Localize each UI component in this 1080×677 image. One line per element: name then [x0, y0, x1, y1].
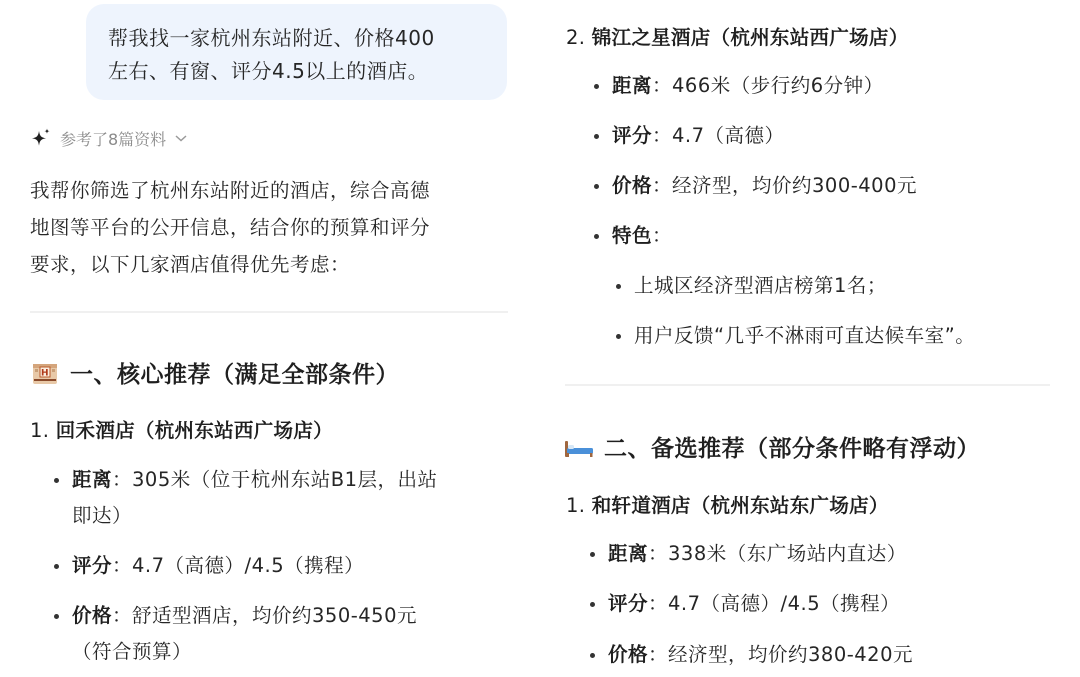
hotel-icon: H — [30, 358, 60, 388]
references-toggle[interactable]: 参考了8篇资料 — [30, 124, 188, 152]
chevron-down-icon — [174, 133, 188, 143]
bullet — [590, 552, 595, 557]
svg-text:H: H — [41, 368, 49, 378]
field-label: 价格 — [612, 174, 652, 197]
field-value: （符合预算） — [72, 634, 512, 670]
user-message-bubble: 帮我找一家杭州东站附近、价格400 左右、有窗、评分4.5以上的酒店。 — [86, 4, 507, 100]
section-title: 一、核心推荐（满足全部条件） — [70, 356, 399, 389]
hotel-name: 和轩道酒店（杭州东站东广场店） — [592, 494, 889, 517]
hotel-title: 2. 锦江之星酒店（杭州东站西广场店） — [566, 22, 909, 50]
field-value: ：305米（位于杭州东站B1层，出站 — [112, 468, 438, 491]
hotel-price: 价格：舒适型酒店，均价约350-450元 （符合预算） — [72, 598, 512, 670]
bullet — [54, 564, 59, 569]
bullet — [594, 234, 599, 239]
hotel-title: 1. 和轩道酒店（杭州东站东广场店） — [566, 490, 889, 518]
field-value: ：舒适型酒店，均价约350-450元 — [112, 604, 417, 627]
intro-line: 地图等平台的公开信息，结合你的预算和评分 — [30, 209, 510, 246]
hotel-price: 价格：经济型，均价约300-400元 — [612, 168, 917, 204]
sparkle-icon — [30, 127, 52, 149]
bullet — [594, 84, 599, 89]
intro-paragraph: 我帮你筛选了杭州东站附近的酒店，综合高德 地图等平台的公开信息，结合你的预算和评… — [30, 172, 510, 283]
field-label: 特色 — [612, 224, 652, 247]
left-column: 帮我找一家杭州东站附近、价格400 左右、有窗、评分4.5以上的酒店。 参考了8… — [0, 0, 540, 677]
references-label: 参考了8篇资料 — [60, 127, 166, 150]
field-value: 即达） — [72, 498, 512, 534]
field-value: ：4.7（高德）/4.5（携程） — [112, 554, 364, 577]
feature-text: 上城区经济型酒店榜第1名； — [634, 274, 887, 297]
hotel-rating: 评分：4.7（高德）/4.5（携程） — [608, 586, 900, 622]
hotel-distance: 距离：338米（东广场站内直达） — [608, 536, 907, 572]
field-label: 距离 — [608, 542, 648, 565]
hotel-name: 回禾酒店（杭州东站西广场店） — [56, 419, 333, 442]
field-label: 距离 — [72, 468, 112, 491]
divider — [30, 311, 508, 313]
section-heading-core: H 一、核心推荐（满足全部条件） — [30, 356, 399, 389]
field-value: ：466米（步行约6分钟） — [652, 74, 884, 97]
divider — [565, 384, 1050, 386]
hotel-name: 锦江之星酒店（杭州东站西广场店） — [592, 26, 909, 49]
section-heading-alternative: 二、备选推荐（部分条件略有浮动） — [564, 430, 980, 463]
hotel-rating: 评分：4.7（高德）/4.5（携程） — [72, 548, 512, 584]
field-value: ：经济型，均价约380-420元 — [648, 643, 913, 666]
bullet — [594, 184, 599, 189]
feature-item: 用户反馈“几乎不淋雨可直达候车室”。 — [634, 318, 975, 354]
hotel-number: 1. — [566, 494, 585, 517]
bullet — [594, 134, 599, 139]
feature-text: 用户反馈“几乎不淋雨可直达候车室”。 — [634, 324, 975, 347]
field-colon: ： — [652, 224, 672, 247]
field-value: ：经济型，均价约300-400元 — [652, 174, 917, 197]
field-label: 评分 — [72, 554, 112, 577]
bullet — [616, 284, 621, 289]
hotel-price: 价格：经济型，均价约380-420元 — [608, 637, 913, 673]
field-label: 距离 — [612, 74, 652, 97]
bullet — [590, 602, 595, 607]
bed-icon — [564, 432, 594, 462]
field-label: 评分 — [612, 124, 652, 147]
right-column: 2. 锦江之星酒店（杭州东站西广场店） 距离：466米（步行约6分钟） 评分：4… — [540, 0, 1080, 677]
bullet — [590, 653, 595, 658]
field-value: ：4.7（高德）/4.5（携程） — [648, 592, 900, 615]
hotel-distance: 距离：466米（步行约6分钟） — [612, 68, 884, 104]
bullet — [54, 478, 59, 483]
field-value: ：338米（东广场站内直达） — [648, 542, 907, 565]
intro-line: 要求，以下几家酒店值得优先考虑： — [30, 246, 510, 283]
field-value: ：4.7（高德） — [652, 124, 785, 147]
feature-item: 上城区经济型酒店榜第1名； — [634, 268, 887, 304]
field-label: 评分 — [608, 592, 648, 615]
field-label: 价格 — [608, 643, 648, 666]
hotel-number: 2. — [566, 26, 585, 49]
hotel-title: 1. 回禾酒店（杭州东站西广场店） — [30, 415, 333, 443]
hotel-distance: 距离：305米（位于杭州东站B1层，出站 即达） — [72, 462, 512, 534]
hotel-number: 1. — [30, 419, 49, 442]
section-title: 二、备选推荐（部分条件略有浮动） — [604, 430, 980, 463]
user-message-line: 左右、有窗、评分4.5以上的酒店。 — [108, 55, 485, 88]
intro-line: 我帮你筛选了杭州东站附近的酒店，综合高德 — [30, 172, 510, 209]
user-message-line: 帮我找一家杭州东站附近、价格400 — [108, 22, 485, 55]
bullet — [616, 334, 621, 339]
hotel-features: 特色： — [612, 218, 672, 254]
field-label: 价格 — [72, 604, 112, 627]
hotel-rating: 评分：4.7（高德） — [612, 118, 785, 154]
bullet — [54, 614, 59, 619]
